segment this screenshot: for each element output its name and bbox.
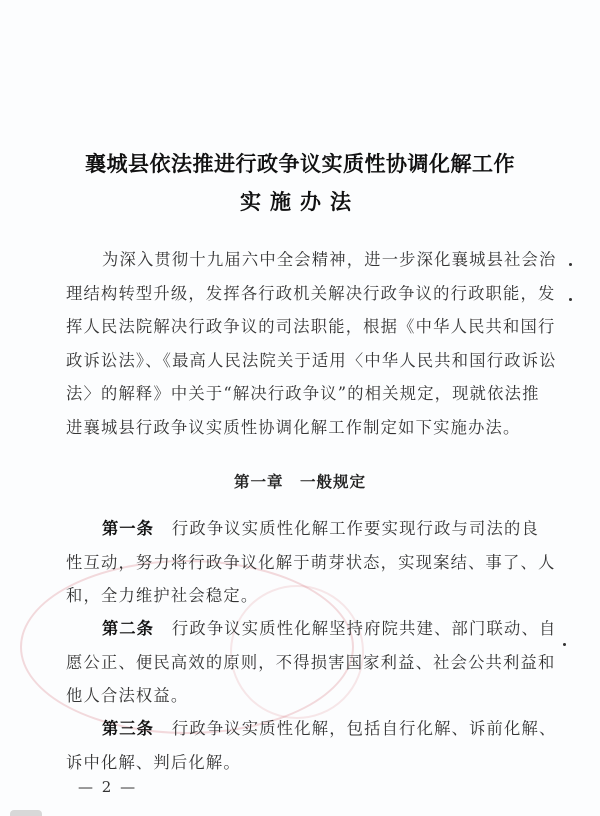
document-page: 襄城县依法推进行政争议实质性协调化解工作 实施办法 为深入贯彻十九届六中全会精神… xyxy=(0,0,600,816)
article-text: 他人合法权益。 xyxy=(66,679,536,713)
article-label: 第一条 xyxy=(102,519,154,538)
scan-speck xyxy=(563,643,566,646)
preamble-paragraph: 为深入贯彻十九届六中全会精神，进一步深化襄城县社会治 理结构转型升级，发挥各行政… xyxy=(66,243,536,444)
article-text: 和，全力维护社会稳定。 xyxy=(66,579,536,613)
article-2: 第二条行政争议实质性化解坚持府院共建、部门联动、自 愿公正、便民高效的原则，不得… xyxy=(66,612,536,713)
preamble-line: 政诉讼法》、《最高人民法院关于适用〈中华人民共和国行政诉讼 xyxy=(66,344,536,378)
document-title-line2: 实施办法 xyxy=(0,186,600,216)
document-title-line1: 襄城县依法推进行政争议实质性协调化解工作 xyxy=(0,148,600,178)
scan-speck xyxy=(569,263,572,266)
page-number: — 2 — xyxy=(78,778,137,796)
article-text: 行政争议实质性化解，包括自行化解、诉前化解、 xyxy=(172,719,557,738)
preamble-line: 法〉的解释》中关于“解决行政争议”的相关规定，现就依法推 xyxy=(66,377,536,411)
preamble-line: 理结构转型升级，发挥各行政机关解决行政争议的行政职能，发 xyxy=(66,277,536,311)
article-label: 第二条 xyxy=(102,619,154,638)
article-text: 诉中化解、判后化解。 xyxy=(66,746,536,780)
scan-corner-artifact xyxy=(10,810,42,816)
article-text: 行政争议实质性化解工作要实现行政与司法的良 xyxy=(172,519,539,538)
scan-speck xyxy=(569,298,572,301)
article-text: 行政争议实质性化解坚持府院共建、部门联动、自 xyxy=(172,619,557,638)
article-label: 第三条 xyxy=(102,719,154,738)
article-text: 性互动，努力将行政争议化解于萌芽状态，实现案结、事了、人 xyxy=(66,546,536,580)
preamble-line: 进襄城县行政争议实质性协调化解工作制定如下实施办法。 xyxy=(66,411,536,445)
article-1: 第一条行政争议实质性化解工作要实现行政与司法的良 性互动，努力将行政争议化解于萌… xyxy=(66,512,536,613)
article-3: 第三条行政争议实质性化解，包括自行化解、诉前化解、 诉中化解、判后化解。 xyxy=(66,712,536,779)
article-text: 愿公正、便民高效的原则，不得损害国家利益、社会公共利益和 xyxy=(66,646,536,680)
preamble-line: 挥人民法院解决行政争议的司法职能，根据《中华人民共和国行 xyxy=(66,310,536,344)
chapter-heading: 第一章 一般规定 xyxy=(0,470,600,492)
preamble-line: 为深入贯彻十九届六中全会精神，进一步深化襄城县社会治 xyxy=(66,243,536,277)
